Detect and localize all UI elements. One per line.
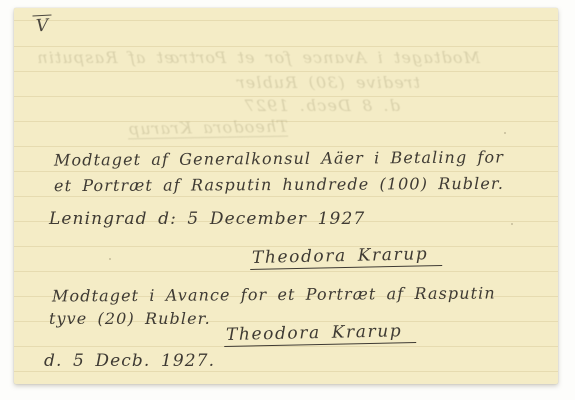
receipt2-signature: Theodora Krarup (224, 321, 417, 347)
bleedthrough-signature: Theodora Krarup (128, 117, 288, 140)
receipt2-text-line1: Modtaget i Avance for et Portræt af Rasp… (52, 283, 496, 305)
paper-speck (109, 258, 111, 260)
page-number-mark: V (32, 15, 52, 37)
receipt1-dateline: Leningrad d: 5 December 1927 (49, 209, 365, 229)
bleedthrough-line: Modtaget i Avance for et Portræt af Rasp… (36, 48, 480, 67)
receipt1-text-line1: Modtaget af Generalkonsul Aäer i Betalin… (54, 147, 504, 169)
receipt1-signature: Theodora Krarup (250, 244, 443, 270)
receipt1-text-line2: et Portræt af Rasputin hundrede (100) Ru… (54, 174, 504, 195)
paper-speck (511, 223, 513, 225)
receipt-paper: Modtaget i Avance for et Portræt af Rasp… (14, 8, 558, 384)
paper-speck (504, 132, 506, 134)
bleedthrough-line: tredive (30) Rubler (236, 73, 420, 92)
receipt2-dateline: d. 5 Decb. 1927. (44, 351, 215, 371)
bleedthrough-line: d. 8 Decb. 1927 (243, 96, 400, 115)
receipt2-text-line2: tyve (20) Rubler. (49, 309, 211, 328)
